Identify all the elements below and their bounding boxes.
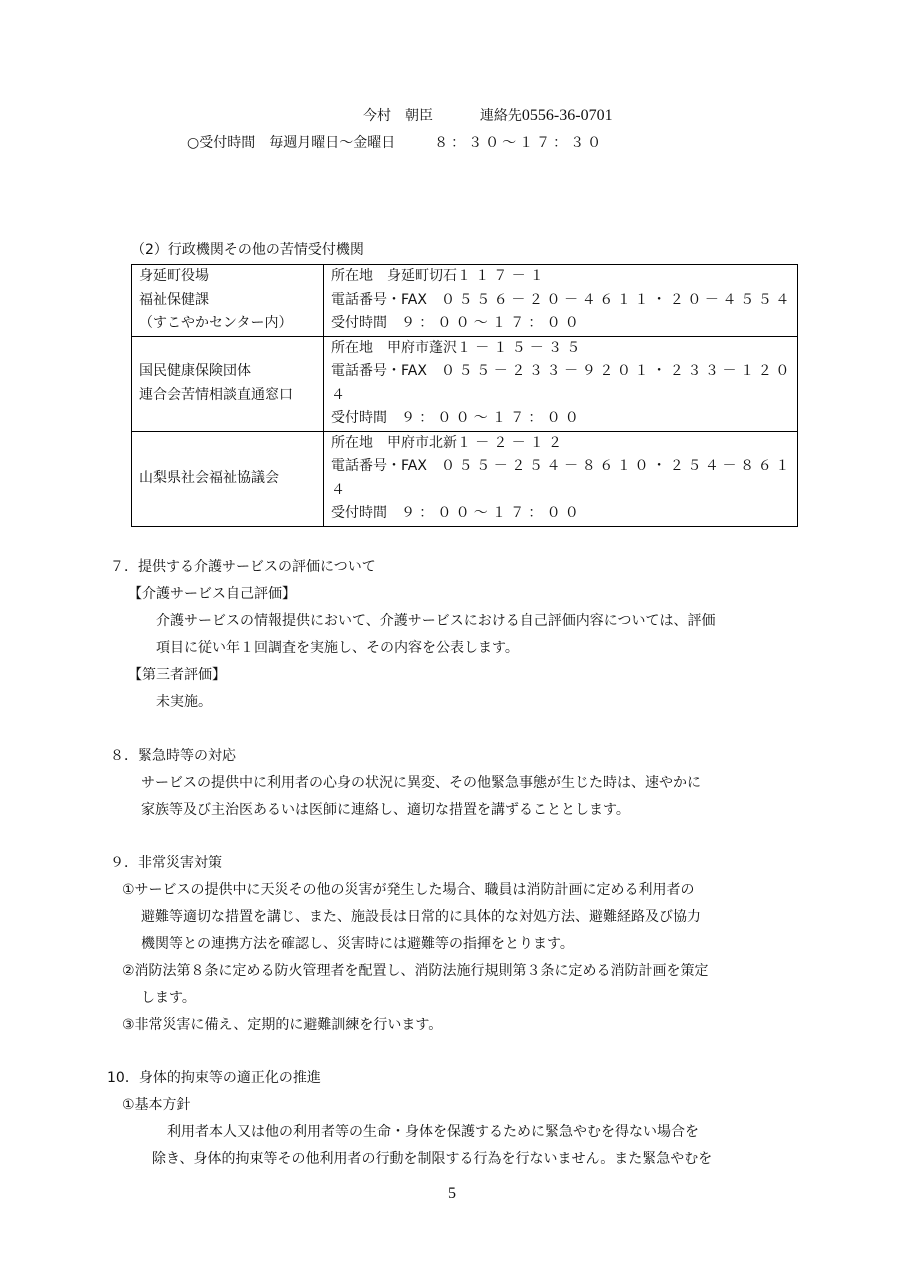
section-7-heading: ７．提供する介護サービスの評価について — [110, 557, 376, 577]
contact-label: 連絡先 — [480, 108, 522, 124]
phone-fax-wrap: ４ — [331, 384, 797, 408]
reception-hours: 受付時間 ９：００〜１７：００ — [331, 312, 797, 336]
contact-line: 今村 朝臣 連絡先0556-36-0701 — [363, 106, 613, 126]
self-eval-text: 介護サービスの情報提供において、介護サービスにおける自己評価内容については、評価 — [156, 611, 715, 631]
info-cell: 所在地 甲府市北新１－２－１２ 電話番号・FAX ０５５－２５４－８６１０・２５… — [324, 431, 798, 526]
complaints-section-title: （2）行政機関その他の苦情受付機関 — [131, 240, 364, 260]
phone-fax: 電話番号・FAX ０５５６－２０－４６１１・２０－４５５４ — [331, 289, 797, 313]
table-row: 身延町役場 福祉保健課 （すこやかセンター内） 所在地 身延町切石１１７－１ 電… — [132, 265, 798, 337]
self-eval-heading: 【介護サービス自己評価】 — [128, 584, 296, 604]
org-name: 国民健康保険団体 — [139, 360, 323, 384]
section-10-heading: 10．身体的拘束等の適正化の推進 — [107, 1068, 321, 1088]
section-9-item: します。 — [141, 988, 196, 1008]
info-cell: 所在地 身延町切石１１７－１ 電話番号・FAX ０５５６－２０－４６１１・２０－… — [324, 265, 798, 337]
section-8-text: 家族等及び主治医あるいは医師に連絡し、適切な措置を講ずることとします。 — [141, 800, 630, 820]
info-cell: 所在地 甲府市蓬沢１－１５－３５ 電話番号・FAX ０５５－２３３－９２０１・２… — [324, 336, 798, 431]
hours-value: ８：３０〜１７：３０ — [434, 135, 604, 151]
contact-name: 今村 朝臣 — [363, 108, 433, 124]
phone-fax-wrap: ４ — [331, 479, 797, 503]
address: 所在地 身延町切石１１７－１ — [331, 265, 797, 289]
section-10-text: 除き、身体的拘束等その他利用者の行動を制限する行為を行ないません。また緊急やむを — [152, 1149, 712, 1169]
phone-fax: 電話番号・FAX ０５５－２５４－８６１０・２５４－８６１ — [331, 455, 797, 479]
section-9-item: ②消防法第８条に定める防火管理者を配置し、消防法施行規則第３条に定める消防計画を… — [122, 961, 709, 981]
address: 所在地 甲府市北新１－２－１２ — [331, 432, 797, 456]
org-cell: 身延町役場 福祉保健課 （すこやかセンター内） — [132, 265, 324, 337]
hours-label: ○受付時間 毎週月曜日〜金曜日 — [187, 135, 395, 151]
section-9-item: ③非常災害に備え、定期的に避難訓練を行います。 — [122, 1015, 442, 1035]
reception-hours: 受付時間 ９：００〜１７：００ — [331, 502, 797, 526]
phone-fax: 電話番号・FAX ０５５－２３３－９２０１・２３３－１２０ — [331, 360, 797, 384]
page-number: 5 — [0, 1184, 904, 1204]
section-10-subheading: ①基本方針 — [122, 1095, 191, 1115]
org-name: 身延町役場 — [139, 265, 323, 289]
complaints-table: 身延町役場 福祉保健課 （すこやかセンター内） 所在地 身延町切石１１７－１ 電… — [131, 264, 798, 527]
section-9-heading: ９．非常災害対策 — [110, 853, 222, 873]
org-name: 連合会苦情相談直通窓口 — [139, 384, 323, 408]
org-cell: 山梨県社会福祉協議会 — [132, 431, 324, 526]
third-party-text: 未実施。 — [156, 692, 212, 712]
org-name: （すこやかセンター内） — [139, 312, 323, 336]
table-row: 国民健康保険団体 連合会苦情相談直通窓口 所在地 甲府市蓬沢１－１５－３５ 電話… — [132, 336, 798, 431]
section-8-text: サービスの提供中に利用者の心身の状況に異変、その他緊急事態が生じた時は、速やかに — [141, 773, 701, 793]
reception-hours: 受付時間 ９：００〜１７：００ — [331, 407, 797, 431]
address: 所在地 甲府市蓬沢１－１５－３５ — [331, 337, 797, 361]
org-name: 福祉保健課 — [139, 289, 323, 313]
third-party-heading: 【第三者評価】 — [128, 665, 226, 685]
section-9-item: 避難等適切な措置を講じ、また、施設長は日常的に具体的な対処方法、避難経路及び協力 — [141, 907, 701, 927]
org-cell: 国民健康保険団体 連合会苦情相談直通窓口 — [132, 336, 324, 431]
section-9-item: ①サービスの提供中に天災その他の災害が発生した場合、職員は消防計画に定める利用者… — [122, 880, 695, 900]
hours-line: ○受付時間 毎週月曜日〜金曜日 ８：３０〜１７：３０ — [187, 133, 604, 153]
self-eval-text: 項目に従い年１回調査を実施し、その内容を公表します。 — [156, 638, 519, 658]
section-9-item: 機関等との連携方法を確認し、災害時には避難等の指揮をとります。 — [141, 934, 574, 954]
table-row: 山梨県社会福祉協議会 所在地 甲府市北新１－２－１２ 電話番号・FAX ０５５－… — [132, 431, 798, 526]
org-name: 山梨県社会福祉協議会 — [139, 467, 323, 491]
section-8-heading: ８．緊急時等の対応 — [110, 746, 236, 766]
contact-phone: 0556-36-0701 — [522, 107, 613, 124]
section-10-text: 利用者本人又は他の利用者等の生命・身体を保護するために緊急やむを得ない場合を — [167, 1122, 699, 1142]
